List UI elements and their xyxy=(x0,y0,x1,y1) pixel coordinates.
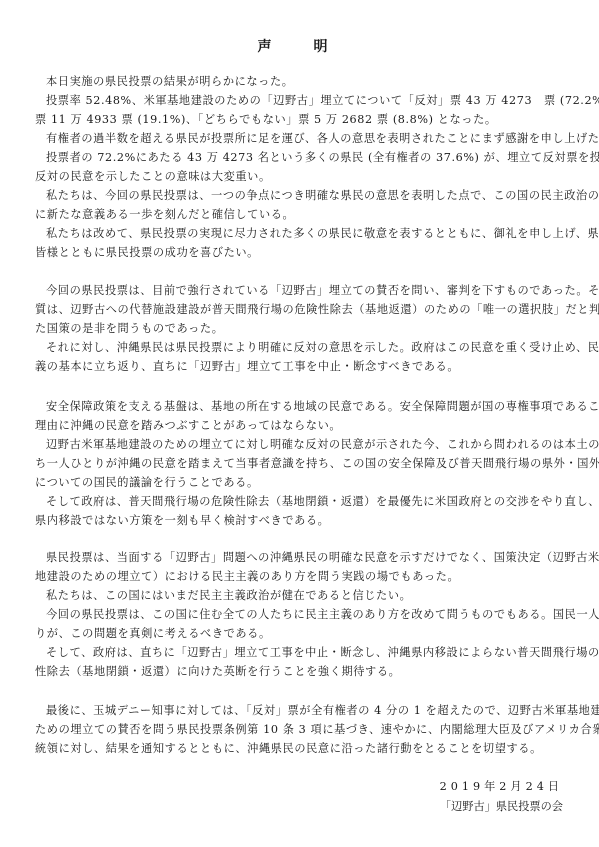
paragraph-line: 義の基本に立ち返り、直ちに「辺野古」埋立て工事を中止・断念すべきである。 xyxy=(35,357,565,376)
paragraph-line: 私たちは、この国にはいまだ民主主義政治が健在であると信じたい。 xyxy=(46,586,576,605)
paragraph-line: そして、政府は、直ちに「辺野古」埋立て工事を中止・断念し、沖縄県内移設によらない… xyxy=(46,643,576,662)
paragraph-line: 今回の県民投票は、目前で強行されている「辺野古」埋立ての賛否を問い、審判を下すも… xyxy=(46,281,576,300)
paragraph-line: についての国民的議論を行うことである。 xyxy=(35,473,565,492)
paragraph-line: そして政府は、普天間飛行場の危険性除去（基地閉鎖・返還）を最優先に米国政府との交… xyxy=(46,492,576,511)
paragraph-line: 県内移設ではない方策を一刻も早く検討すべきである。 xyxy=(35,511,565,530)
paragraph-line: 今回の県民投票は、この国に住む全ての人たちに民主主義のあり方を改めて問うものでも… xyxy=(46,605,576,624)
paragraph-line: それに対し、沖縄県民は県民投票により明確に反対の意思を示した。政府はこの民意を重… xyxy=(46,338,576,357)
paragraph-line: 統領に対し、結果を通知するとともに、沖縄県民の民意に沿った諸行動をとることを切望… xyxy=(35,739,565,758)
paragraph-line: 投票率 52.48%、米軍基地建設のための「辺野古」埋立てについて「反対」票 4… xyxy=(46,91,576,110)
paragraph-line: りが、この問題を真剣に考えるべきである。 xyxy=(35,624,565,643)
paragraph-line: 本日実施の県民投票の結果が明らかになった。 xyxy=(46,72,576,91)
paragraph-line: 地建設のための埋立て）における民主主義のあり方を問う実践の場でもあった。 xyxy=(35,567,565,586)
paragraph-line: 票 11 万 4933 票 (19.1%)、「どちらでもない」票 5 万 268… xyxy=(35,110,565,129)
paragraph-line: 辺野古米軍基地建設のための埋立てに対し明確な反対の民意が示された今、これから問わ… xyxy=(46,435,576,454)
paragraph-line: 私たちは、今回の県民投票は、一つの争点につき明確な県民の意思を表明した点で、この… xyxy=(46,186,576,205)
paragraph-line: ち一人ひとりが沖縄の民意を踏まえて当事者意識を持ち、この国の安全保障及び普天間飛… xyxy=(35,454,565,473)
paragraph-line: 投票者の 72.2%にあたる 43 万 4273 名という多くの県民 (全有権者… xyxy=(46,148,576,167)
paragraph-line: 有権者の過半数を超える県民が投票所に足を運び、各人の意思を表明されたことにまず感… xyxy=(46,129,576,148)
paragraph-line: 私たちは改めて、県民投票の実現に尽力された多くの県民に敬意を表するとともに、御礼… xyxy=(46,224,576,243)
paragraph-line: た国策の是非を問うものであった。 xyxy=(35,319,565,338)
paragraph-line: 最後に、玉城デニー知事に対しては、「反対」票が全有権者の 4 分の 1 を超えた… xyxy=(46,701,576,720)
document-title: 声 明 xyxy=(0,36,599,56)
paragraph-line: 反対の民意を示したことの意味は大変重い。 xyxy=(35,167,565,186)
paragraph-line: 性除去（基地閉鎖・返還）に向けた英断を行うことを強く期待する。 xyxy=(35,662,565,681)
document-signature: 「辺野古」県民投票の会 xyxy=(440,797,563,816)
paragraph-line: 安全保障政策を支える基盤は、基地の所在する地域の民意である。安全保障問題が国の専… xyxy=(46,397,576,416)
document-date: 2019年2月24日 xyxy=(440,777,563,796)
paragraph-line: 質は、辺野古への代替施設建設が普天間飛行場の危険性除去（基地返還）のための「唯一… xyxy=(35,300,565,319)
paragraph-line: 県民投票は、当面する「辺野古」問題への沖縄県民の明確な民意を示すだけでなく、国策… xyxy=(46,548,576,567)
paragraph-line: ための埋立ての賛否を問う県民投票条例第 10 条 3 項に基づき、速やかに、内閣… xyxy=(35,720,565,739)
paragraph-line: 皆様とともに県民投票の成功を喜びたい。 xyxy=(35,243,565,262)
paragraph-line: 理由に沖縄の民意を踏みつぶすことがあってはならない。 xyxy=(35,416,565,435)
paragraph-line: に新たな意義ある一歩を刻んだと確信している。 xyxy=(35,205,565,224)
